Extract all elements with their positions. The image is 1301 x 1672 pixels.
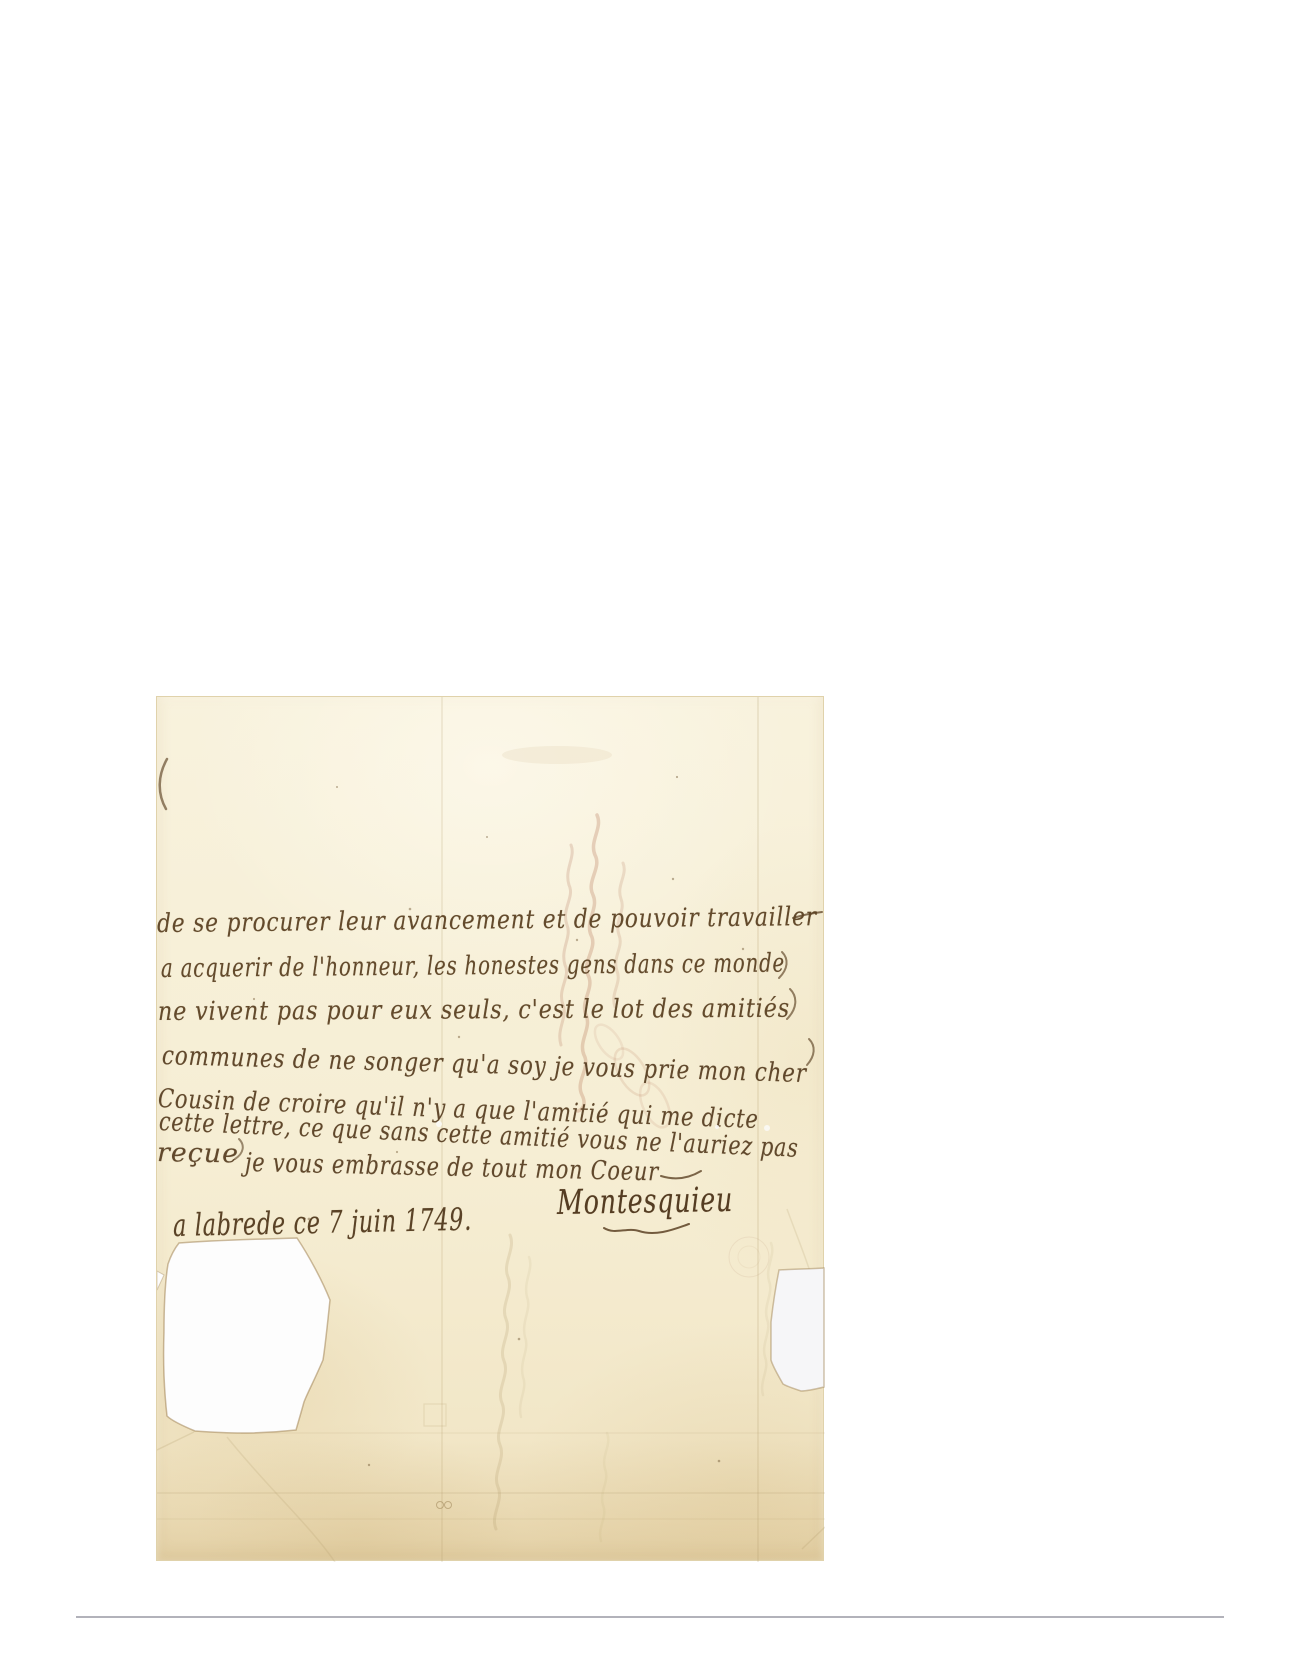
letter-line-2: a acquerir de l'honneur, les honestes ge… [161,950,785,985]
seal-ghost [729,1237,769,1277]
left-edge-ink-fragment [160,759,167,809]
letter-line-1: de se procurer leur avancement et de pou… [157,903,817,940]
torn-hole-bottom-left [164,1238,330,1433]
torn-notch-left-edge [157,1271,164,1290]
signature-montesquieu: Montesquieu [557,1181,734,1223]
letter-line-3: ne vivent pas pour eux seuls, c'est le l… [158,995,790,1028]
crease-marks [437,1502,452,1509]
letter-line-recue: reçue [157,1139,240,1170]
letter-paper: de se procurer leur avancement et de pou… [156,696,824,1561]
signature-flourish [604,1224,689,1233]
dateline: a labrede ce 7 juin 1749. [173,1203,473,1245]
letter-line-4: communes de ne songer qu'a soy je vous p… [162,1042,808,1090]
top-smudge [502,746,612,764]
scan-page: de se procurer leur avancement et de pou… [0,0,1301,1672]
ghost-writing-lower [494,1235,772,1541]
torn-notch-right-edge [771,1268,824,1391]
page-divider [76,1616,1224,1618]
